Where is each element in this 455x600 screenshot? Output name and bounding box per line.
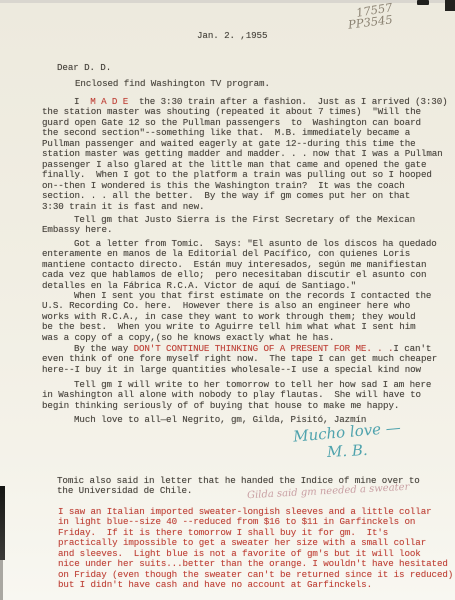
red-emphasis-present: DON'T CONTINUE THINKING OF A PRESENT FOR… xyxy=(134,343,394,354)
letter-greeting: Dear D. D. xyxy=(57,63,177,73)
archive-number-bottom: PP3545 xyxy=(347,12,393,31)
paragraph-records: When I sent you that first estimate on t… xyxy=(42,291,455,343)
paragraph-sweater-red: I saw an Italian imported sweater-longis… xyxy=(58,507,455,591)
paragraph-train-rest: the 3:30 train after a fashion. Just as … xyxy=(42,96,448,212)
paragraph-train: I M A D E the 3:30 train after a fashion… xyxy=(42,97,455,212)
paragraph-present: By the way DON'T CONTINUE THINKING OF A … xyxy=(42,344,455,375)
paragraph-flautas: Tell gm I will write to her tomorrow to … xyxy=(42,380,455,411)
scan-edge-mark xyxy=(417,0,429,5)
paragraph-sierra: Tell gm that Justo Sierra is the First S… xyxy=(42,215,455,236)
paragraph-train-pre: I xyxy=(74,96,90,107)
paragraph-present-pre: By the way xyxy=(74,343,134,354)
handwritten-initials: M. B. xyxy=(327,441,369,461)
letter-opening: Enclosed find Washington TV program. xyxy=(75,79,455,89)
letter-date: Jan. 2. ,1955 xyxy=(197,31,317,41)
scan-left-edge-dark xyxy=(0,486,5,560)
paragraph-tomic-quote: Got a letter from Tomic. Says: "El asunt… xyxy=(42,239,455,291)
scan-corner-mark xyxy=(445,0,455,11)
scan-left-edge-light xyxy=(0,560,3,600)
letter-page: 17557 PP3545 Jan. 2. ,1955 Dear D. D. En… xyxy=(0,0,455,600)
red-emphasis-made: M A D E xyxy=(90,96,128,107)
